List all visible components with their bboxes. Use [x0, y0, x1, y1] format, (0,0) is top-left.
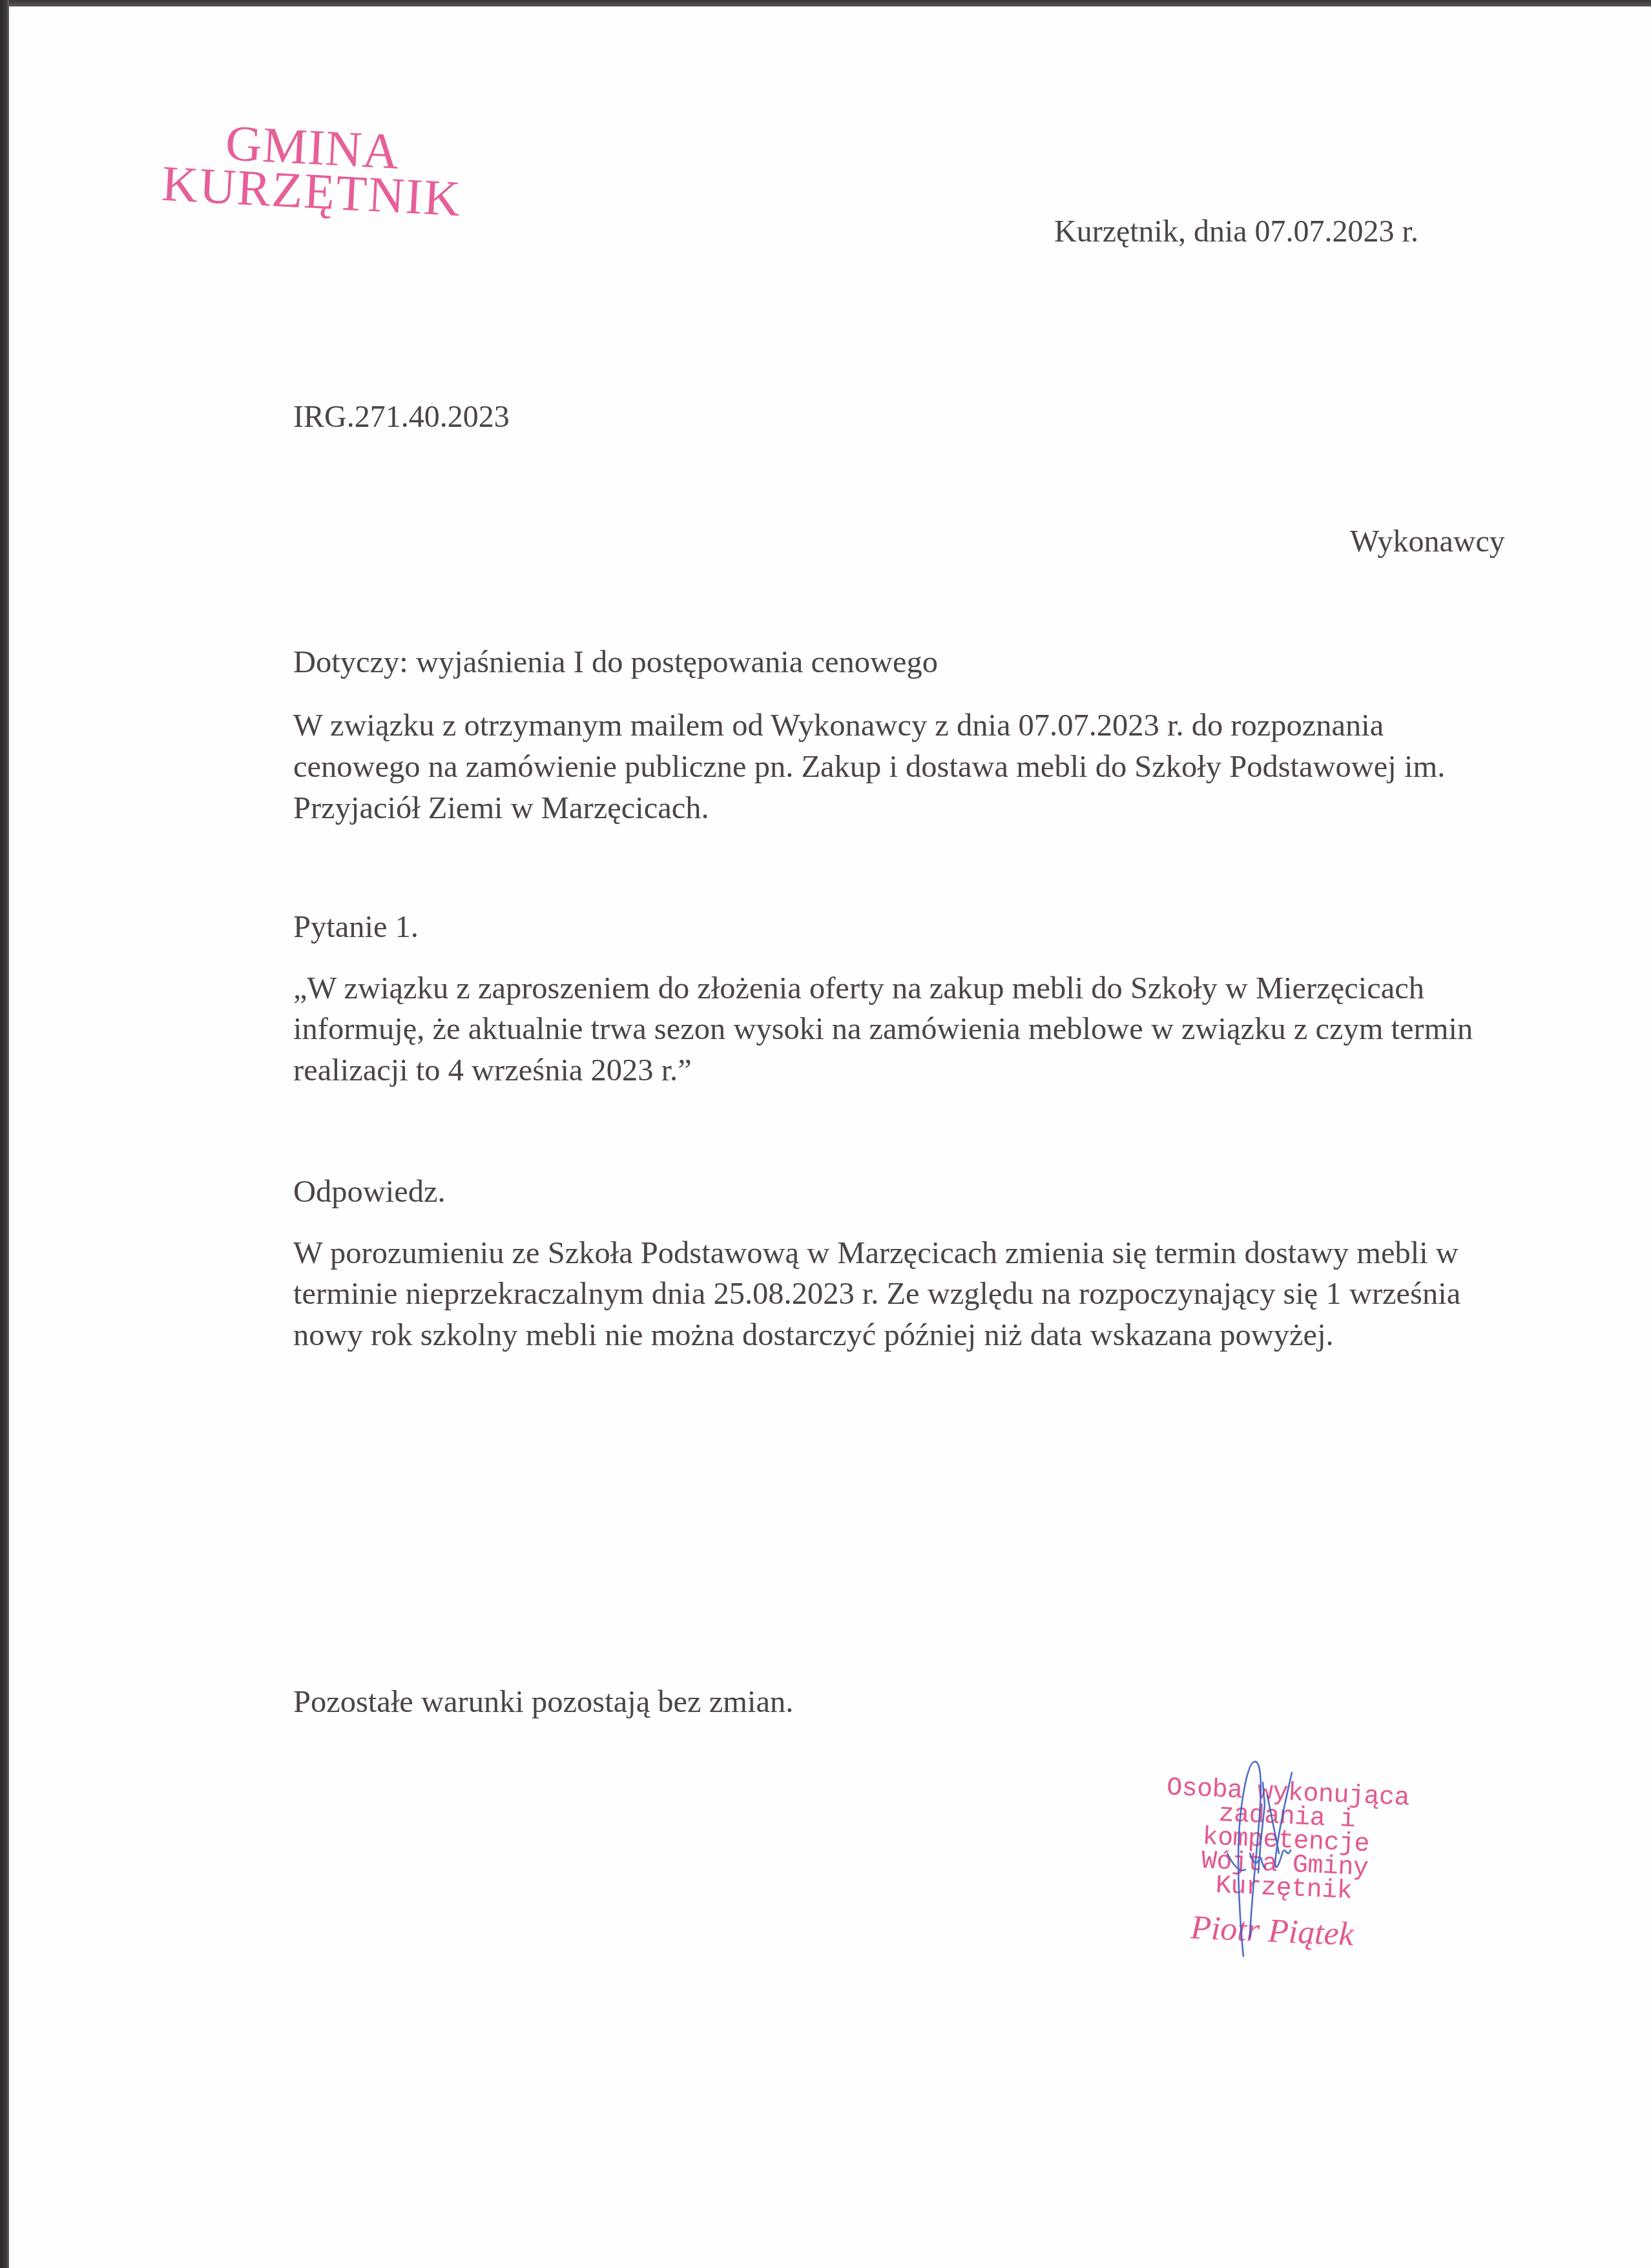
- stamp-line-kurzetnik: KURZĘTNIK: [161, 161, 453, 220]
- question-line: realizacji to 4 września 2023 r.”: [293, 1055, 692, 1087]
- question-heading: Pytanie 1.: [293, 912, 419, 943]
- handwritten-signature: [1214, 1744, 1331, 1957]
- intro-line: Przyjaciół Ziemi w Marzęcicach.: [293, 793, 709, 825]
- place-and-date: Kurzętnik, dnia 07.07.2023 r.: [1054, 216, 1418, 247]
- question-line: informuję, że aktualnie trwa sezon wysok…: [293, 1014, 1473, 1046]
- answer-heading: Odpowiedz.: [293, 1177, 446, 1208]
- recipient: Wykonawcy: [1350, 526, 1505, 557]
- answer-line: nowy rok szkolny mebli nie można dostarc…: [293, 1320, 1334, 1352]
- reference-number: IRG.271.40.2023: [293, 402, 510, 433]
- intro-line: cenowego na zamówienie publiczne pn. Zak…: [293, 752, 1445, 783]
- scan-edge-left: [0, 0, 9, 2268]
- subject-line: Dotyczy: wyjaśnienia I do postępowania c…: [293, 647, 938, 679]
- answer-line: W porozumieniu ze Szkoła Podstawową w Ma…: [293, 1238, 1459, 1270]
- municipality-stamp: GMINA KURZĘTNIK: [161, 118, 456, 220]
- answer-line: terminie nieprzekraczalnym dnia 25.08.20…: [293, 1279, 1460, 1310]
- question-line: „W związku z zaproszeniem do złożenia of…: [293, 973, 1424, 1005]
- intro-line: W związku z otrzymanym mailem od Wykonaw…: [293, 710, 1384, 742]
- closing-remark: Pozostałe warunki pozostają bez zmian.: [293, 1687, 793, 1718]
- scan-edge-top: [0, 0, 1651, 6]
